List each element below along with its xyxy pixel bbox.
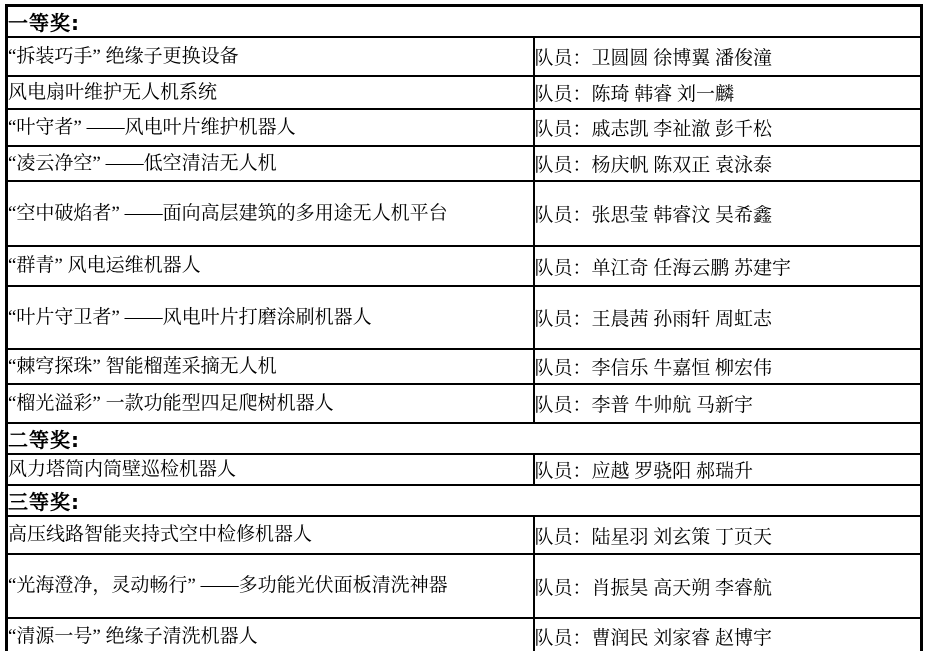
project-name: “凌云净空” ——低空清洁无人机 (8, 153, 277, 174)
project-cell: “光海澄净，灵动畅行” ——多功能光伏面板清洗神器 (7, 554, 534, 618)
team-cell: 队员：戚志凯 李祉澈 彭千松 (534, 109, 922, 146)
project-name: 风力塔筒内筒壁巡检机器人 (8, 459, 236, 480)
team-label: 队员： (535, 84, 592, 105)
team-members: 杨庆帆 陈双正 袁泳泰 (592, 155, 773, 176)
team-members: 陆星羽 刘玄策 丁页天 (592, 527, 773, 548)
project-name: “光海澄净，灵动畅行” ——多功能光伏面板清洗神器 (8, 575, 448, 596)
team-cell: 队员：单江奇 任海云鹏 苏建宇 (534, 246, 922, 286)
team-label: 队员： (535, 628, 592, 649)
team-members: 李普 牛帅航 马新宇 (592, 395, 754, 416)
team-cell: 队员：陈琦 韩睿 刘一麟 (534, 76, 922, 109)
document-page: 一等奖: “拆装巧手” 绝缘子更换设备 队员：卫圆圆 徐博翼 潘俊潼 风电扇叶维… (0, 0, 927, 651)
project-cell: “凌云净空” ——低空清洁无人机 (7, 146, 534, 181)
project-cell: “群青” 风电运维机器人 (7, 246, 534, 286)
team-label: 队员： (535, 309, 592, 330)
awards-table: 一等奖: “拆装巧手” 绝缘子更换设备 队员：卫圆圆 徐博翼 潘俊潼 风电扇叶维… (5, 4, 923, 651)
team-cell: 队员：卫圆圆 徐博翼 潘俊潼 (534, 37, 922, 76)
section-row-third-prize: 三等奖: (7, 485, 922, 516)
team-cell: 队员：应越 罗骁阳 郝瑞升 (534, 454, 922, 485)
team-members: 应越 罗骁阳 郝瑞升 (592, 461, 754, 482)
team-label: 队员： (535, 155, 592, 176)
section-title: 三等奖: (8, 490, 80, 514)
team-label: 队员： (535, 48, 592, 69)
team-members: 肖振昊 高天朔 李睿航 (592, 578, 773, 599)
team-label: 队员： (535, 527, 592, 548)
project-name: 高压线路智能夹持式空中检修机器人 (8, 524, 312, 545)
team-label: 队员： (535, 395, 592, 416)
section-title: 一等奖: (8, 11, 80, 35)
project-cell: “棘穹探珠” 智能榴莲采摘无人机 (7, 349, 534, 384)
project-name: 风电扇叶维护无人机系统 (8, 82, 217, 103)
section-row-first-prize: 一等奖: (7, 6, 922, 38)
section-cell: 一等奖: (7, 6, 922, 38)
table-row: “光海澄净，灵动畅行” ——多功能光伏面板清洗神器 队员：肖振昊 高天朔 李睿航 (7, 554, 922, 618)
team-cell: 队员：李普 牛帅航 马新宇 (534, 384, 922, 423)
table-row: “拆装巧手” 绝缘子更换设备 队员：卫圆圆 徐博翼 潘俊潼 (7, 37, 922, 76)
project-cell: “空中破焰者” ——面向高层建筑的多用途无人机平台 (7, 181, 534, 246)
team-members: 曹润民 刘家睿 赵博宇 (592, 628, 773, 649)
table-row: “棘穹探珠” 智能榴莲采摘无人机 队员：李信乐 牛嘉恒 柳宏伟 (7, 349, 922, 384)
team-label: 队员： (535, 258, 592, 279)
team-members: 李信乐 牛嘉恒 柳宏伟 (592, 358, 773, 379)
section-title: 二等奖: (8, 428, 80, 452)
table-row: “群青” 风电运维机器人 队员：单江奇 任海云鹏 苏建宇 (7, 246, 922, 286)
team-members: 单江奇 任海云鹏 苏建宇 (592, 258, 792, 279)
project-cell: “拆装巧手” 绝缘子更换设备 (7, 37, 534, 76)
team-members: 张思莹 韩睿汶 吴希鑫 (592, 205, 773, 226)
team-cell: 队员：王晨茜 孙雨轩 周虹志 (534, 286, 922, 349)
project-cell: “榴光溢彩” 一款功能型四足爬树机器人 (7, 384, 534, 423)
team-cell: 队员：肖振昊 高天朔 李睿航 (534, 554, 922, 618)
team-members: 戚志凯 李祉澈 彭千松 (592, 119, 773, 140)
awards-table-body: 一等奖: “拆装巧手” 绝缘子更换设备 队员：卫圆圆 徐博翼 潘俊潼 风电扇叶维… (7, 6, 922, 651)
project-name: “群青” 风电运维机器人 (8, 255, 201, 276)
team-label: 队员： (535, 205, 592, 226)
project-cell: “叶片守卫者” ——风电叶片打磨涂刷机器人 (7, 286, 534, 349)
team-label: 队员： (535, 578, 592, 599)
section-cell: 三等奖: (7, 485, 922, 516)
project-name: “棘穹探珠” 智能榴莲采摘无人机 (8, 356, 277, 377)
project-cell: 风力塔筒内筒壁巡检机器人 (7, 454, 534, 485)
table-row: “叶片守卫者” ——风电叶片打磨涂刷机器人 队员：王晨茜 孙雨轩 周虹志 (7, 286, 922, 349)
team-cell: 队员：曹润民 刘家睿 赵博宇 (534, 618, 922, 651)
project-name: “空中破焰者” ——面向高层建筑的多用途无人机平台 (8, 203, 448, 224)
team-cell: 队员：杨庆帆 陈双正 袁泳泰 (534, 146, 922, 181)
team-label: 队员： (535, 358, 592, 379)
section-row-second-prize: 二等奖: (7, 423, 922, 454)
table-row: “空中破焰者” ——面向高层建筑的多用途无人机平台 队员：张思莹 韩睿汶 吴希鑫 (7, 181, 922, 246)
table-row: 风电扇叶维护无人机系统 队员：陈琦 韩睿 刘一麟 (7, 76, 922, 109)
team-members: 陈琦 韩睿 刘一麟 (592, 84, 735, 105)
table-row: “叶守者” ——风电叶片维护机器人 队员：戚志凯 李祉澈 彭千松 (7, 109, 922, 146)
team-members: 卫圆圆 徐博翼 潘俊潼 (592, 48, 773, 69)
project-name: “清源一号” 绝缘子清洗机器人 (8, 626, 258, 647)
table-row: “榴光溢彩” 一款功能型四足爬树机器人 队员：李普 牛帅航 马新宇 (7, 384, 922, 423)
section-cell: 二等奖: (7, 423, 922, 454)
project-name: “拆装巧手” 绝缘子更换设备 (8, 46, 239, 67)
team-cell: 队员：张思莹 韩睿汶 吴希鑫 (534, 181, 922, 246)
team-label: 队员： (535, 461, 592, 482)
table-row: 风力塔筒内筒壁巡检机器人 队员：应越 罗骁阳 郝瑞升 (7, 454, 922, 485)
project-cell: 高压线路智能夹持式空中检修机器人 (7, 516, 534, 554)
team-label: 队员： (535, 119, 592, 140)
project-cell: “叶守者” ——风电叶片维护机器人 (7, 109, 534, 146)
project-cell: 风电扇叶维护无人机系统 (7, 76, 534, 109)
table-row: “清源一号” 绝缘子清洗机器人 队员：曹润民 刘家睿 赵博宇 (7, 618, 922, 651)
table-row: 高压线路智能夹持式空中检修机器人 队员：陆星羽 刘玄策 丁页天 (7, 516, 922, 554)
team-cell: 队员：陆星羽 刘玄策 丁页天 (534, 516, 922, 554)
table-row: “凌云净空” ——低空清洁无人机 队员：杨庆帆 陈双正 袁泳泰 (7, 146, 922, 181)
project-name: “叶片守卫者” ——风电叶片打磨涂刷机器人 (8, 307, 372, 328)
team-members: 王晨茜 孙雨轩 周虹志 (592, 309, 773, 330)
team-cell: 队员：李信乐 牛嘉恒 柳宏伟 (534, 349, 922, 384)
project-cell: “清源一号” 绝缘子清洗机器人 (7, 618, 534, 651)
project-name: “叶守者” ——风电叶片维护机器人 (8, 117, 296, 138)
project-name: “榴光溢彩” 一款功能型四足爬树机器人 (8, 393, 334, 414)
